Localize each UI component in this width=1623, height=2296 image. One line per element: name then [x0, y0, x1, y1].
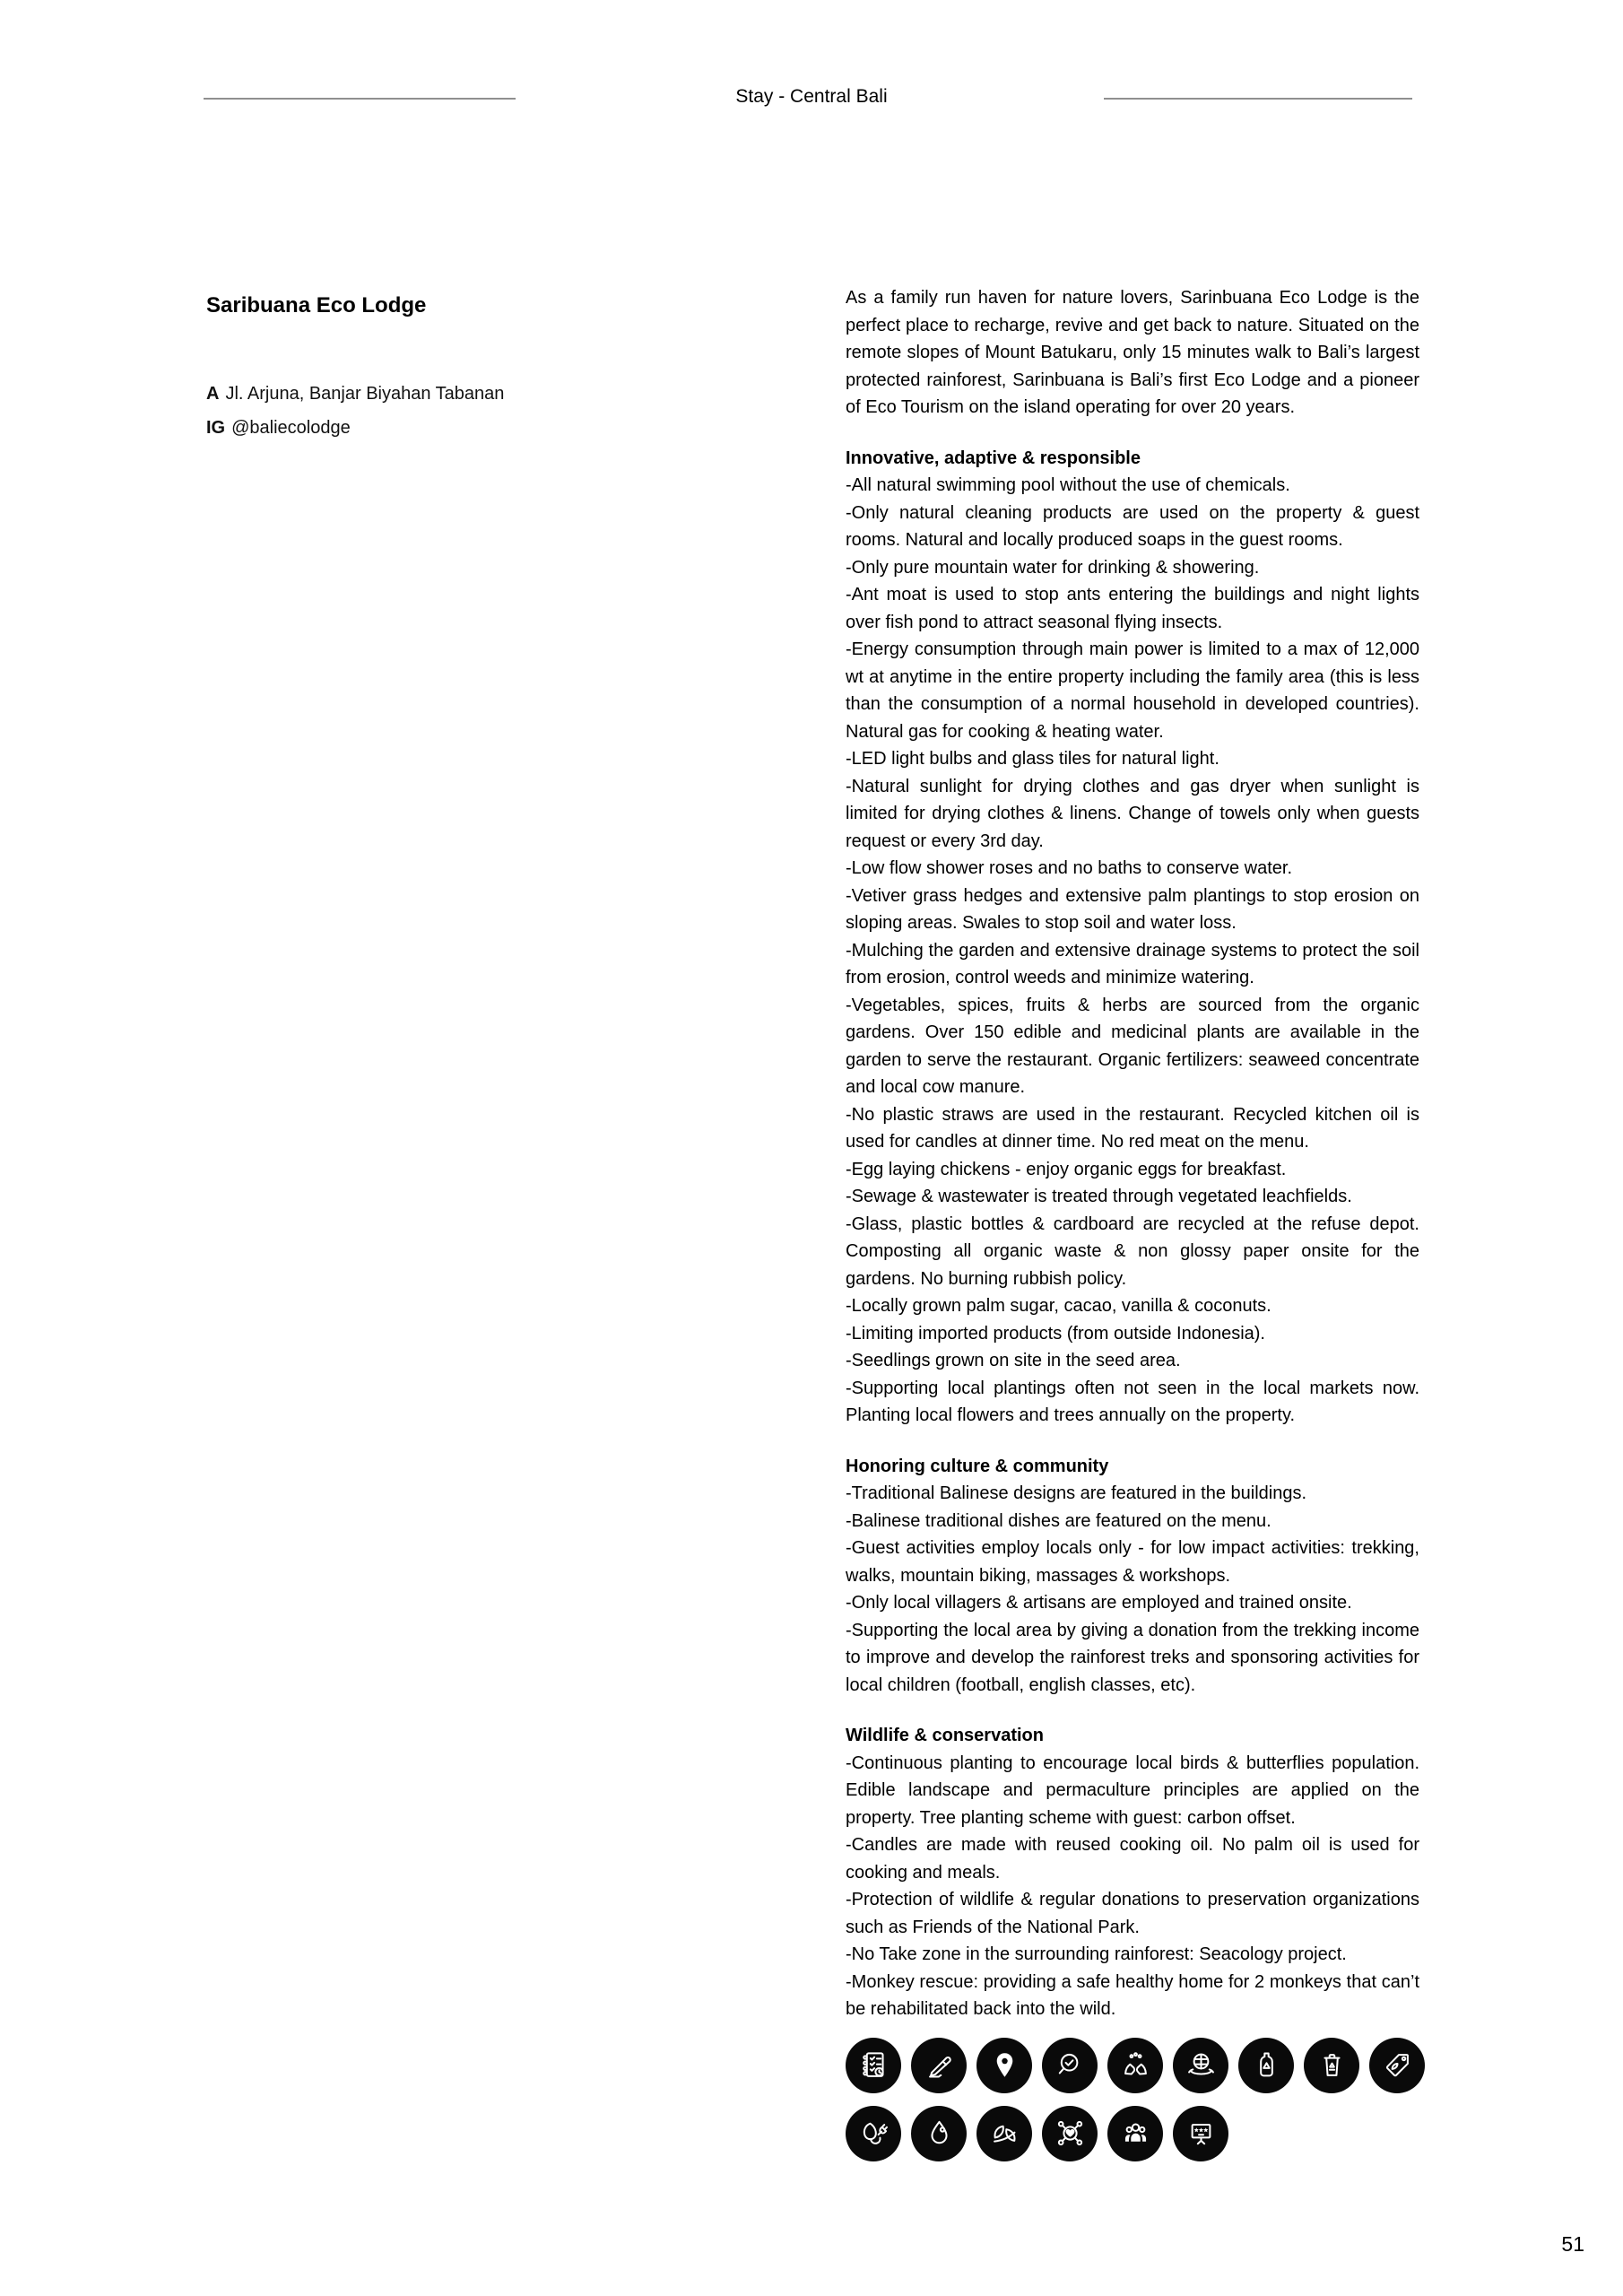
description-column: As a family run haven for nature lovers,…: [846, 284, 1419, 2161]
list-item: -Locally grown palm sugar, cacao, vanill…: [846, 1292, 1419, 1320]
leaves-icon: [976, 2106, 1032, 2161]
list-item: -Vegetables, spices, fruits & herbs are …: [846, 992, 1419, 1101]
list-item: -Only natural cleaning products are used…: [846, 500, 1419, 554]
section-heading: Honoring culture & community: [846, 1453, 1419, 1481]
list-item: -Supporting local plantings often not se…: [846, 1375, 1419, 1430]
intro-paragraph: As a family run haven for nature lovers,…: [846, 284, 1419, 422]
lodge-contact-block: AJl. Arjuna, Banjar Biyahan Tabanan IG@b…: [206, 377, 762, 445]
lodge-info-column: Saribuana Eco Lodge AJl. Arjuna, Banjar …: [206, 292, 762, 445]
people-group-icon: [1107, 2106, 1163, 2161]
list-item: -No Take zone in the surrounding rainfor…: [846, 1941, 1419, 1969]
list-item: -Natural sunlight for drying clothes and…: [846, 773, 1419, 856]
list-item: -Seedlings grown on site in the seed are…: [846, 1347, 1419, 1375]
heart-network-icon: [1042, 2106, 1098, 2161]
list-item: -Low flow shower roses and no baths to c…: [846, 855, 1419, 883]
instagram-label: IG: [206, 418, 225, 438]
section-heading: Wildlife & conservation: [846, 1722, 1419, 1750]
list-item: -Continuous planting to encourage local …: [846, 1750, 1419, 1832]
address-label: A: [206, 384, 219, 404]
list-item: -All natural swimming pool without the u…: [846, 472, 1419, 500]
checklist-icon: [846, 2038, 901, 2093]
lodge-address: Jl. Arjuna, Banjar Biyahan Tabanan: [225, 384, 504, 404]
eco-icons-block: [846, 2038, 1419, 2161]
list-item: -Candles are made with reused cooking oi…: [846, 1831, 1419, 1886]
lodge-name: Saribuana Eco Lodge: [206, 292, 762, 319]
list-item: -Mulching the garden and extensive drain…: [846, 937, 1419, 992]
list-item: -Protection of wildlife & regular donati…: [846, 1886, 1419, 1941]
page-number: 51: [1561, 2232, 1584, 2257]
water-drop-icon: [911, 2106, 967, 2161]
location-pin-icon: [976, 2038, 1032, 2093]
list-item: -Only local villagers & artisans are emp…: [846, 1589, 1419, 1617]
earth-care-icon: [1173, 2038, 1228, 2093]
list-item: -Supporting the local area by giving a d…: [846, 1617, 1419, 1700]
list-item: -Balinese traditional dishes are feature…: [846, 1508, 1419, 1535]
list-item: -Only pure mountain water for drinking &…: [846, 554, 1419, 582]
hands-seeds-icon: [1107, 2038, 1163, 2093]
recycle-bin-icon: [1304, 2038, 1359, 2093]
bottle-recycle-icon: [1238, 2038, 1294, 2093]
certification-board-icon: [1173, 2106, 1228, 2161]
section-item-list: -All natural swimming pool without the u…: [846, 472, 1419, 1430]
list-item: -Monkey rescue: providing a safe healthy…: [846, 1969, 1419, 2023]
book-page: Stay - Central Bali Saribuana Eco Lodge …: [0, 0, 1623, 2296]
section-wildlife: Wildlife & conservation -Continuous plan…: [846, 1722, 1419, 2023]
list-item: -Egg laying chickens - enjoy organic egg…: [846, 1156, 1419, 1184]
lodge-address-line: AJl. Arjuna, Banjar Biyahan Tabanan: [206, 377, 762, 411]
list-item: -Glass, plastic bottles & cardboard are …: [846, 1211, 1419, 1293]
pencil-icon: [911, 2038, 967, 2093]
section-heading: Innovative, adaptive & responsible: [846, 445, 1419, 473]
list-item: -Sewage & wastewater is treated through …: [846, 1183, 1419, 1211]
list-item: -Vetiver grass hedges and extensive palm…: [846, 883, 1419, 937]
section-culture: Honoring culture & community -Traditiona…: [846, 1453, 1419, 1700]
eco-tag-icon: [1369, 2038, 1425, 2093]
list-item: -Guest activities employ locals only - f…: [846, 1535, 1419, 1589]
list-item: -No plastic straws are used in the resta…: [846, 1101, 1419, 1156]
list-item: -Traditional Balinese designs are featur…: [846, 1480, 1419, 1508]
lodge-instagram-handle: @baliecolodge: [231, 418, 351, 438]
lodge-instagram-line: IG@baliecolodge: [206, 411, 762, 445]
list-item: -Ant moat is used to stop ants entering …: [846, 581, 1419, 636]
green-energy-icon: [846, 2106, 901, 2161]
list-item: -Limiting imported products (from outsid…: [846, 1320, 1419, 1348]
list-item: -Energy consumption through main power i…: [846, 636, 1419, 745]
page-header-title: Stay - Central Bali: [0, 85, 1623, 109]
section-item-list: -Continuous planting to encourage local …: [846, 1750, 1419, 2023]
list-item: -LED light bulbs and glass tiles for nat…: [846, 745, 1419, 773]
eco-icons-row-2: [846, 2106, 1419, 2161]
section-innovative: Innovative, adaptive & responsible -All …: [846, 445, 1419, 1430]
header-rule-right: [1104, 98, 1412, 100]
magnifier-check-icon: [1042, 2038, 1098, 2093]
eco-icons-row-1: [846, 2038, 1419, 2093]
section-item-list: -Traditional Balinese designs are featur…: [846, 1480, 1419, 1699]
